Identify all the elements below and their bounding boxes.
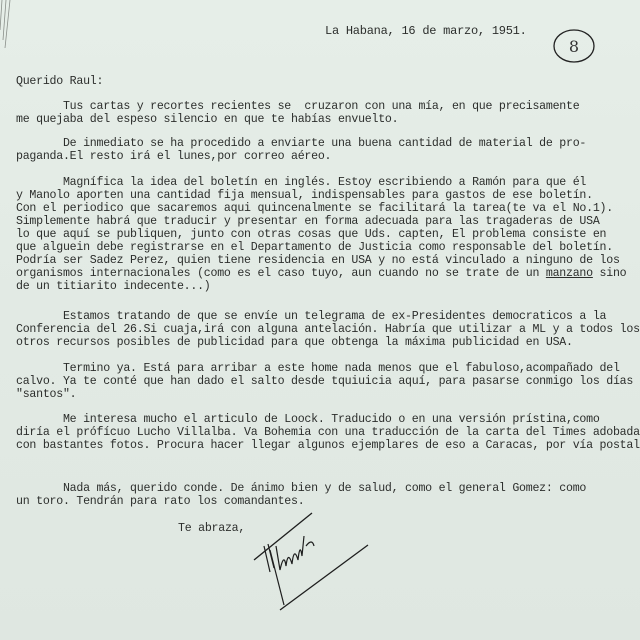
- paragraph-4-line-1: Estamos tratando de que se envíe un tele…: [16, 310, 606, 323]
- paragraph-4-line-3: otros recursos posibles de publicidad pa…: [16, 336, 573, 349]
- paragraph-1-line-1: Tus cartas y recortes recientes se cruza…: [16, 100, 579, 113]
- paragraph-6-line-3: con bastantes fotos. Procura hacer llega…: [16, 439, 640, 452]
- paragraph-6-line-1: Me interesa mucho el articulo de Loock. …: [16, 413, 600, 426]
- paragraph-6-line-2: diría el prófícuo Lucho Villalba. Va Boh…: [16, 426, 640, 439]
- closing: Te abraza,: [178, 522, 245, 535]
- paragraph-3-line-5: lo que aquí se publiquen, junto con otra…: [16, 228, 606, 241]
- paragraph-3-line-9: de un titiarito indecente...): [16, 280, 211, 293]
- line-text: organismos internacionales (como es el c…: [16, 267, 546, 280]
- paragraph-7-line-1: Nada más, querido conde. De ánimo bien y…: [16, 482, 586, 495]
- paragraph-3-line-3: Con el periodico que sacaremos aqui quin…: [16, 202, 613, 215]
- paragraph-3-line-6: que alguein debe registrarse en el Depar…: [16, 241, 613, 254]
- page-number: 8: [552, 28, 596, 64]
- paragraph-2-line-1: De inmediato se ha procedido a enviarte …: [16, 137, 586, 150]
- paragraph-2-line-2: paganda.El resto irá el lunes,por correo…: [16, 150, 331, 163]
- salutation: Querido Raul:: [16, 75, 103, 88]
- paragraph-5-line-1: Termino ya. Está para arribar a este hom…: [16, 362, 620, 375]
- paragraph-5-line-3: "santos".: [16, 388, 76, 401]
- handwritten-signature: [240, 510, 380, 620]
- paragraph-7-line-2: un toro. Tendrán para rato los comandant…: [16, 495, 304, 508]
- paragraph-3-line-7: Podría ser Sadez Perez, quien tiene resi…: [16, 254, 620, 267]
- paragraph-4-line-2: Conferencia del 26.Si cuaja,irá con algu…: [16, 323, 640, 336]
- paper-edge-mark: [0, 0, 14, 50]
- line-text-end: sino: [593, 267, 627, 280]
- paragraph-1-line-2: me quejaba del espeso silencio en que te…: [16, 113, 398, 126]
- circled-page-number: 8: [552, 28, 596, 64]
- letter-page: La Habana, 16 de marzo, 1951. 8 Querido …: [0, 0, 640, 640]
- underlined-word: manzano: [546, 267, 593, 280]
- paragraph-3-line-8: organismos internacionales (como es el c…: [16, 267, 626, 280]
- paragraph-5-line-2: calvo. Ya te conté que han dado el salto…: [16, 375, 633, 388]
- date-line: La Habana, 16 de marzo, 1951.: [325, 25, 527, 38]
- paragraph-3-line-2: y Manolo aporten una cantidad fija mensu…: [16, 189, 593, 202]
- paragraph-3-line-1: Magnífica la idea del boletín en inglés.…: [16, 176, 586, 189]
- paragraph-3-line-4: Simplemente habrá que traducir y present…: [16, 215, 600, 228]
